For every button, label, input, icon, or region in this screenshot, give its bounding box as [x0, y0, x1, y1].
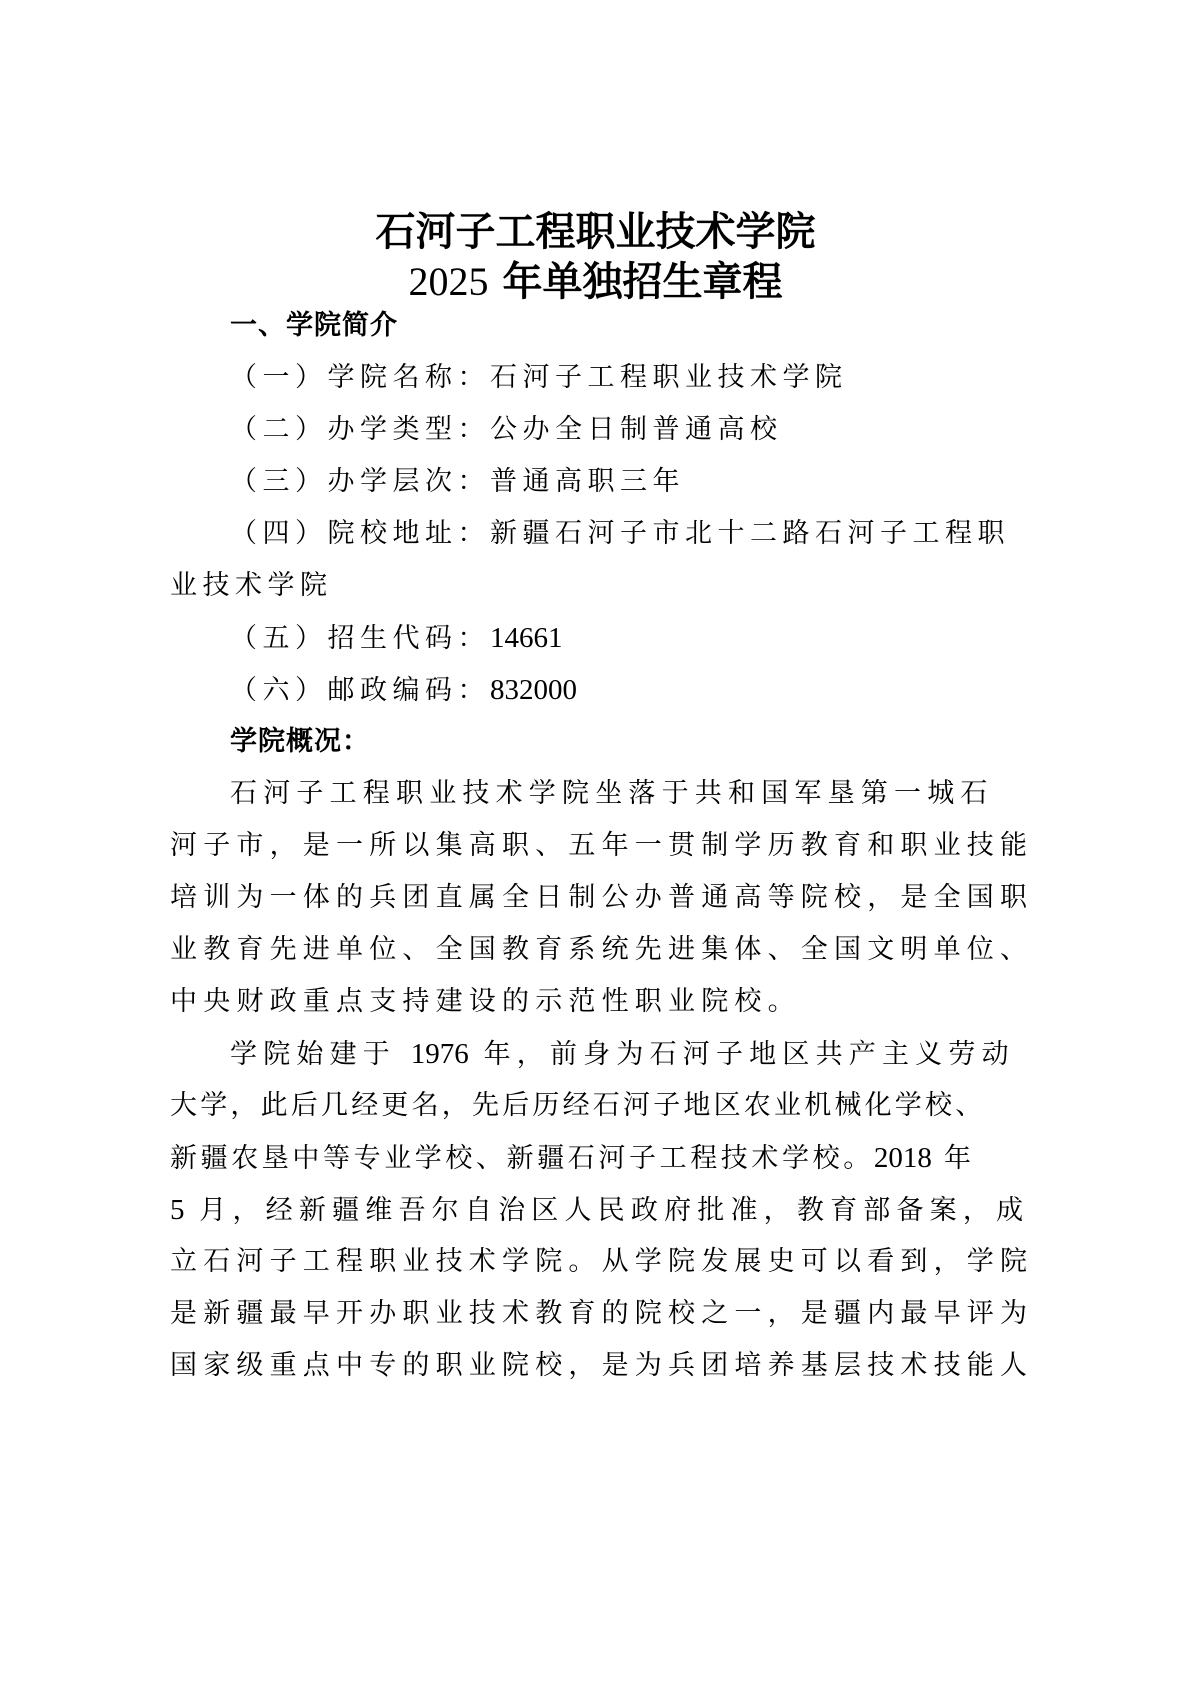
- document-page: 石河子工程职业技术学院 2025 年单独招生章程 一、学院简介 （一）学院名称：…: [0, 0, 1191, 1684]
- text: 立石河子工程职业技术学院。从学院发展史可以看到，学院: [170, 1246, 1033, 1277]
- text: 大学，此后几经更名，先后历经石河子地区农业机械化学校、: [170, 1090, 985, 1121]
- info-value: 普通高职三年: [490, 466, 685, 497]
- paragraph-2-line: 5 月，经新疆维吾尔自治区人民政府批准，教育部备案，成: [170, 1184, 945, 1236]
- document-title-line-2: 2025 年单独招生章程: [0, 260, 1191, 304]
- title-year: 2025: [409, 259, 489, 304]
- document-title-line-1: 石河子工程职业技术学院: [0, 210, 1191, 254]
- title-rest: 年单独招生章程: [489, 258, 783, 305]
- info-item-postcode: （六）邮政编码：832000: [230, 664, 945, 716]
- info-value: 石河子工程职业技术学院: [490, 362, 848, 393]
- paragraph-2-line: 新疆农垦中等专业学校、新疆石河子工程技术学校。2018 年: [170, 1132, 945, 1184]
- paragraph-2-line: 是新疆最早开办职业技术教育的院校之一，是疆内最早评为: [170, 1288, 945, 1340]
- info-label: （六）邮政编码：: [230, 675, 490, 706]
- paragraph-2-line: 大学，此后几经更名，先后历经石河子地区农业机械化学校、: [170, 1080, 945, 1132]
- paragraph-2-line: 国家级重点中专的职业院校，是为兵团培养基层技术技能人: [170, 1340, 945, 1392]
- info-item-address: （四）院校地址：新疆石河子市北十二路石河子工程职: [230, 508, 945, 560]
- info-value: 832000: [490, 674, 577, 706]
- paragraph-1-line: 中央财政重点支持建设的示范性职业院校。: [170, 976, 945, 1028]
- text: 月，经新疆维吾尔自治区人民政府批准，教育部备案，成: [185, 1195, 1030, 1226]
- section-heading-intro: 一、学院简介: [230, 300, 945, 352]
- text: 新疆农垦中等专业学校、新疆石河子工程技术学校。: [170, 1143, 874, 1174]
- text: 年，前身为石河子地区共产主义劳动: [469, 1039, 1015, 1070]
- info-item-code: （五）招生代码：14661: [230, 612, 945, 664]
- text: 年: [932, 1143, 975, 1174]
- info-item-type: （二）办学类型：公办全日制普通高校: [230, 404, 945, 456]
- info-label: （二）办学类型：: [230, 414, 490, 445]
- info-label: （四）院校地址：: [230, 518, 490, 549]
- text: 学院始建于: [230, 1039, 411, 1070]
- paragraph-2-line: 立石河子工程职业技术学院。从学院发展史可以看到，学院: [170, 1236, 945, 1288]
- info-item-address-continuation: 业技术学院: [170, 560, 945, 612]
- section-heading-overview: 学院概况：: [230, 716, 945, 768]
- info-label: （一）学院名称：: [230, 362, 490, 393]
- info-item-name: （一）学院名称：石河子工程职业技术学院: [230, 352, 945, 404]
- paragraph-1-line: 石河子工程职业技术学院坐落于共和国军垦第一城石: [230, 768, 945, 820]
- paragraph-2-line: 学院始建于 1976 年，前身为石河子地区共产主义劳动: [230, 1028, 945, 1080]
- info-item-level: （三）办学层次：普通高职三年: [230, 456, 945, 508]
- paragraph-1-line: 河子市，是一所以集高职、五年一贯制学历教育和职业技能: [170, 820, 945, 872]
- month: 5: [170, 1194, 185, 1226]
- info-value: 公办全日制普通高校: [490, 414, 783, 445]
- text: 国家级重点中专的职业院校，是为兵团培养基层技术技能人: [170, 1350, 1033, 1381]
- paragraph-1-line: 业教育先进单位、全国教育系统先进集体、全国文明单位、: [170, 924, 945, 976]
- paragraph-1-line: 培训为一体的兵团直属全日制公办普通高等院校，是全国职: [170, 872, 945, 924]
- info-value: 14661: [490, 622, 563, 654]
- info-value: 新疆石河子市北十二路石河子工程职: [490, 518, 1010, 549]
- info-label: （五）招生代码：: [230, 623, 490, 654]
- year: 2018: [874, 1142, 932, 1174]
- text: 是新疆最早开办职业技术教育的院校之一，是疆内最早评为: [170, 1298, 1033, 1329]
- year: 1976: [411, 1038, 469, 1070]
- info-label: （三）办学层次：: [230, 466, 490, 497]
